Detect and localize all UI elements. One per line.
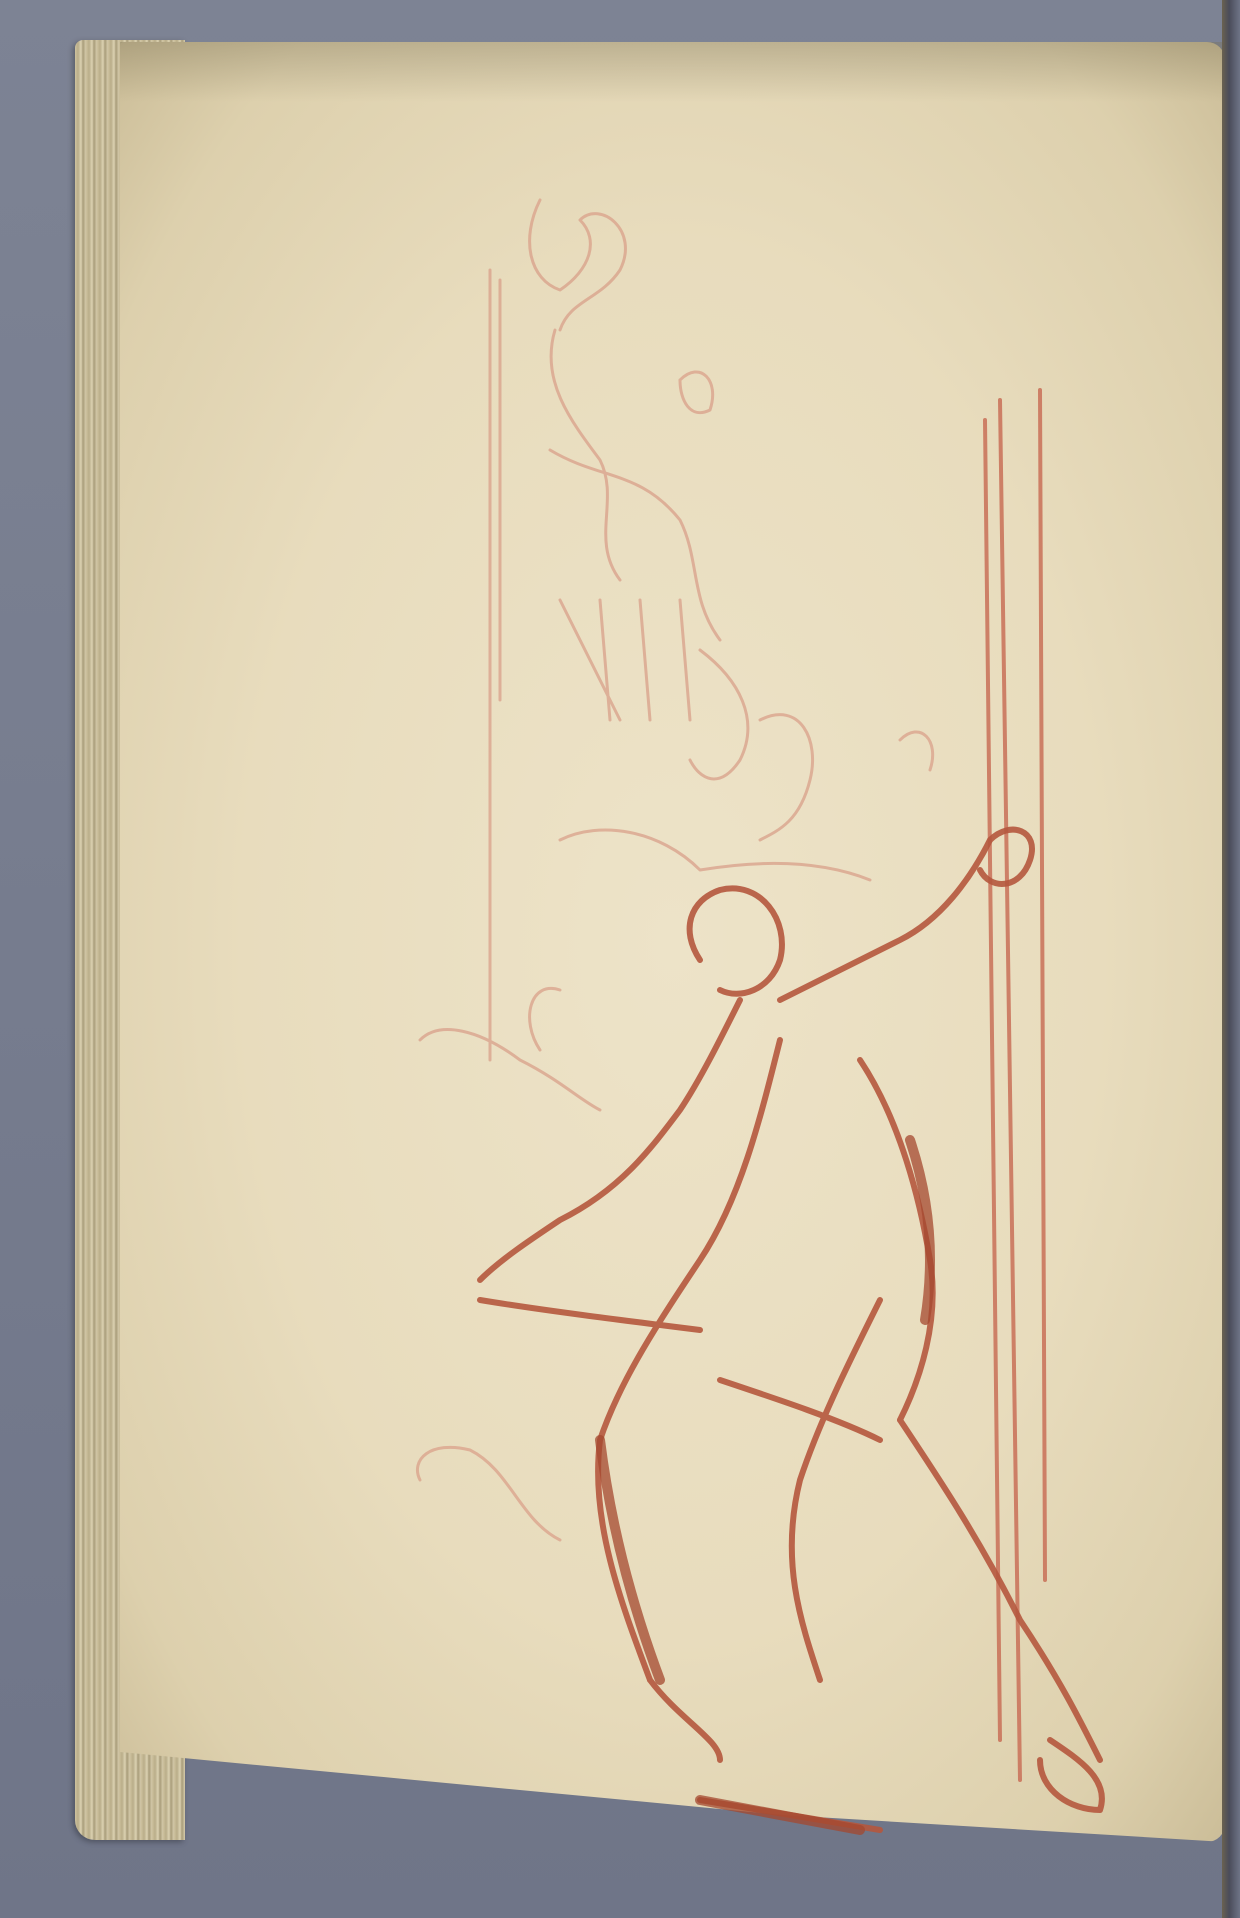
ornament-sketch [417, 200, 932, 1540]
figure-shading [600, 1140, 930, 1830]
red-chalk-drawing [0, 0, 1240, 1918]
